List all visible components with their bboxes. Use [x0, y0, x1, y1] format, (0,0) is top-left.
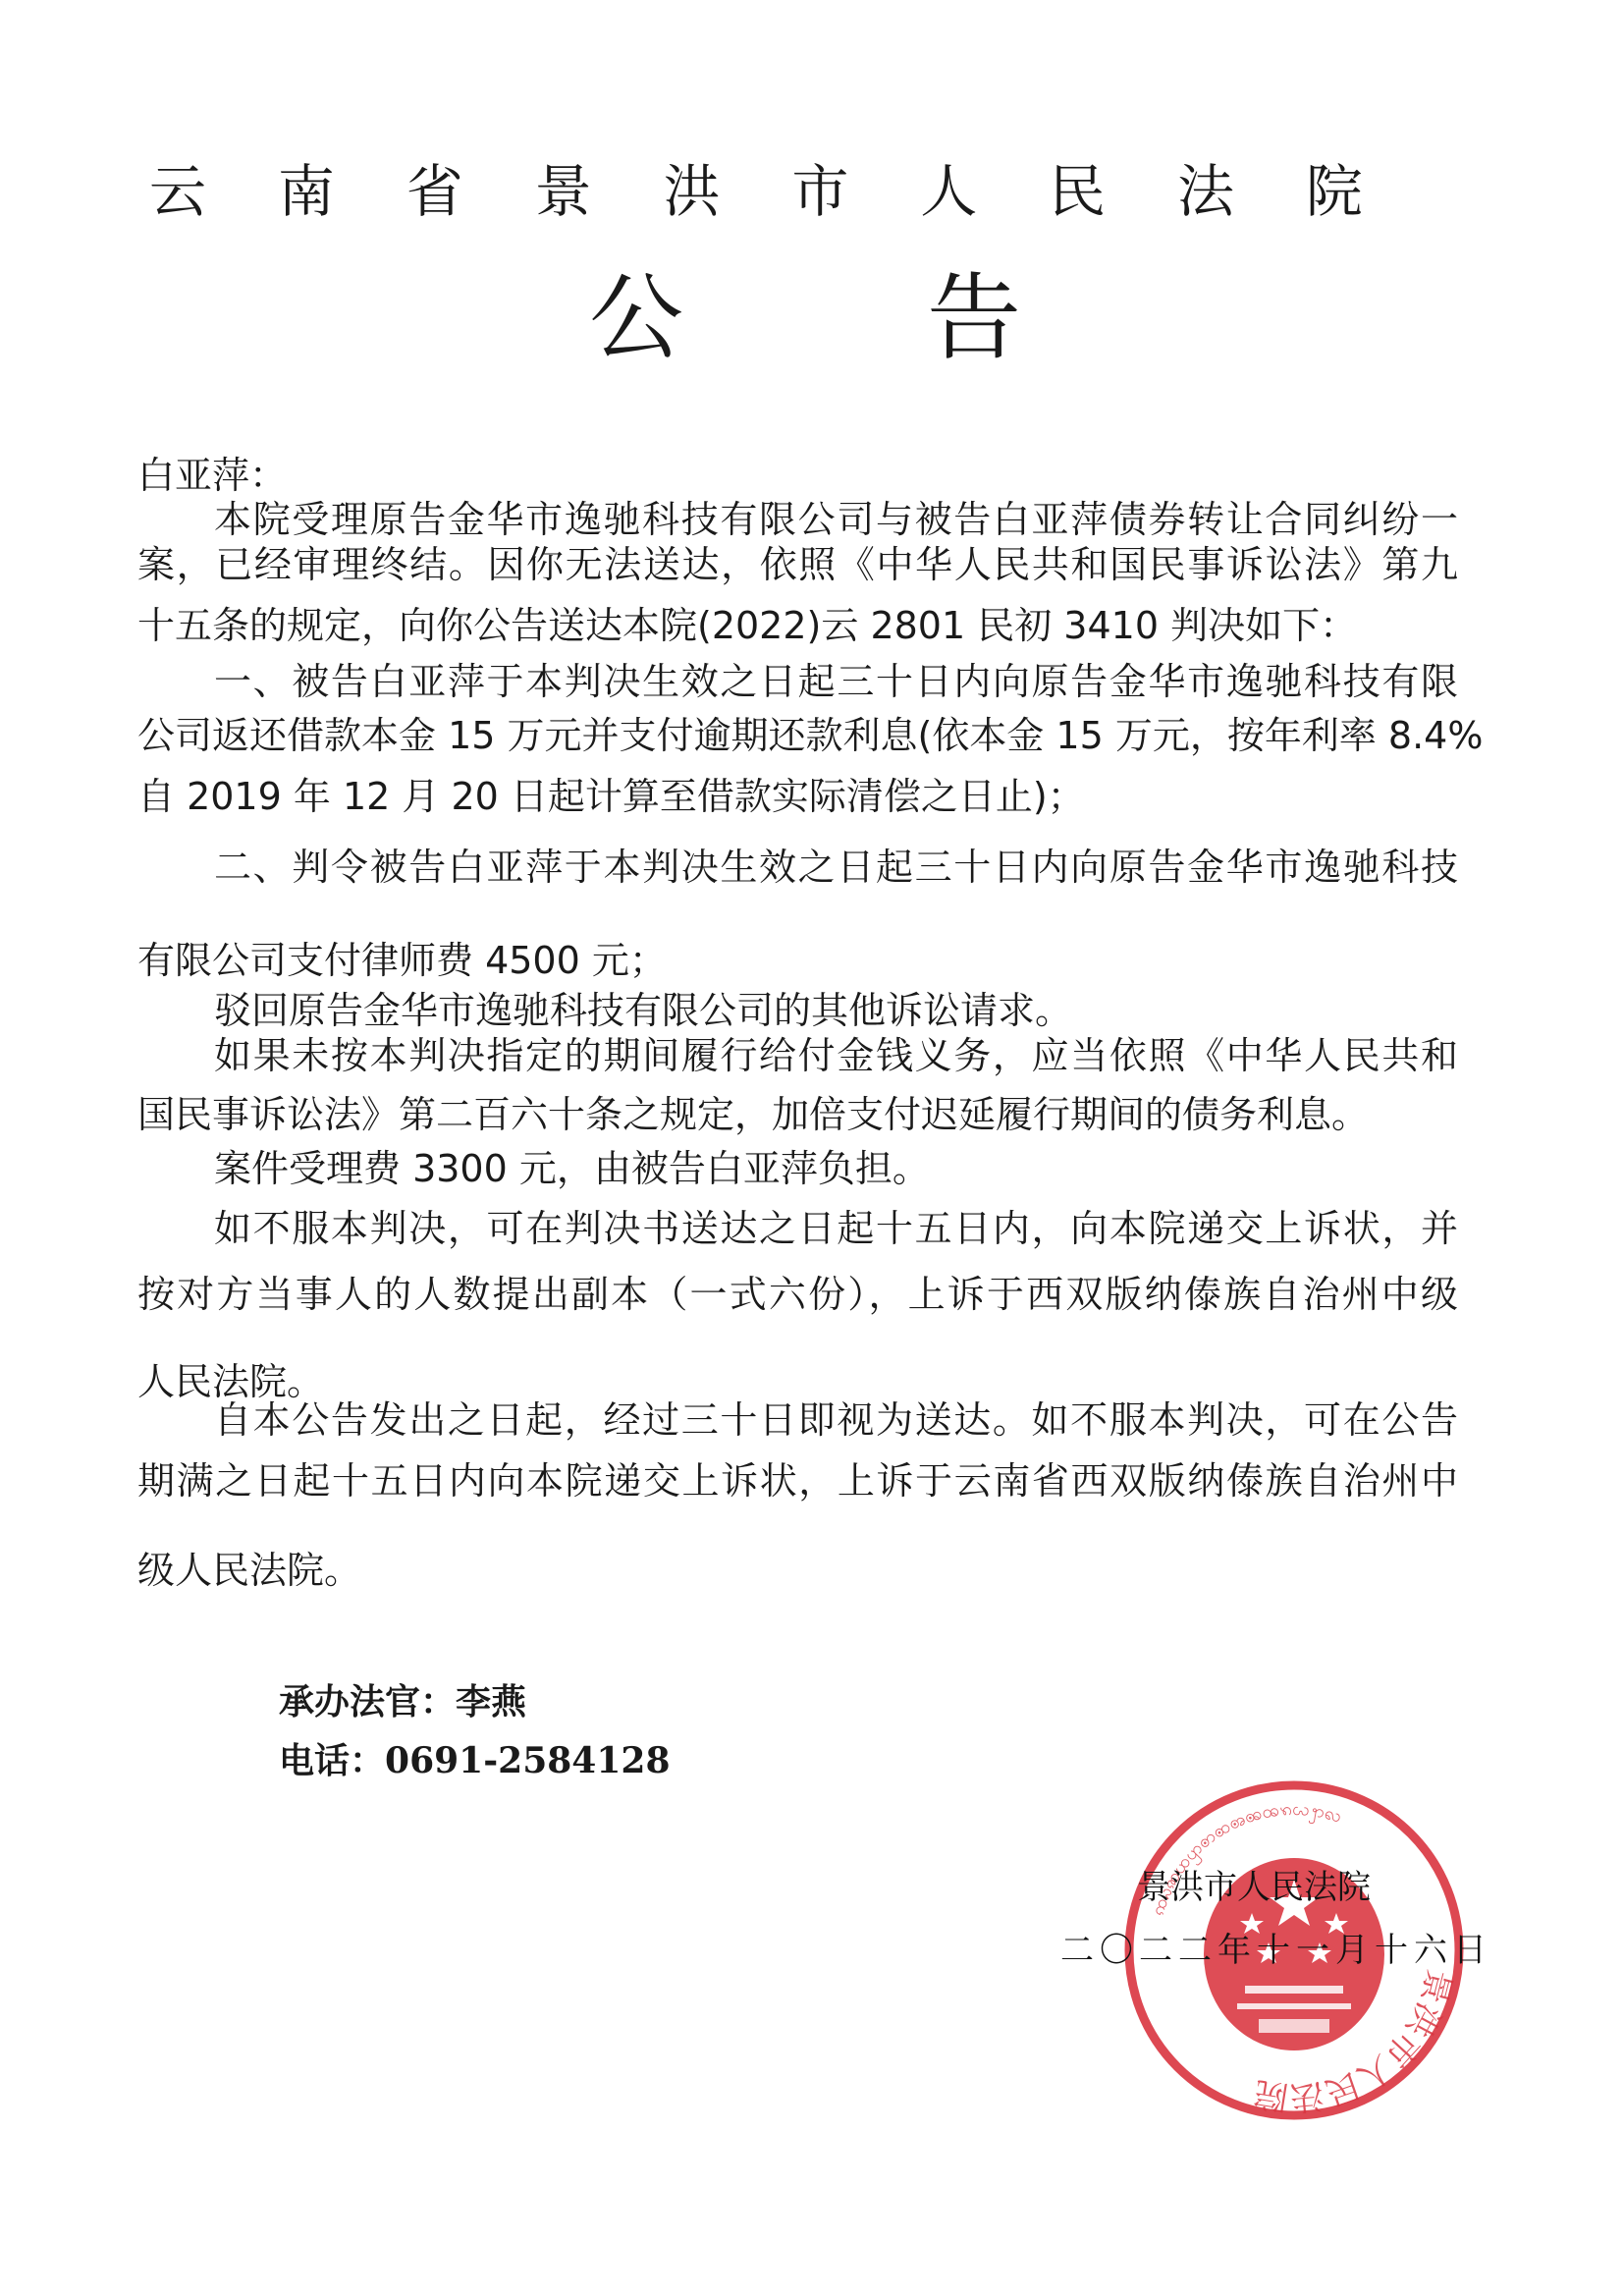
- body-line: 十五条的规定，向你公告送达本院(2022)云 2801 民初 3410 判决如下…: [137, 604, 1458, 647]
- court-name-char: 市: [789, 145, 850, 228]
- body-line: 级人民法院。: [137, 1549, 1458, 1592]
- service-line: 自本公告发出之日起，经过三十日即视为送达。如不服本判决，可在公告: [214, 1398, 1458, 1442]
- court-name-char: 人: [918, 145, 979, 228]
- phone-number: 0691-2584128: [385, 1740, 670, 1781]
- phone-label: 电话：: [279, 1740, 385, 1781]
- body-line: 自 2019 年 12 月 20 日起计算至借款实际清偿之日止)；: [137, 775, 1458, 818]
- doc-title-char: 公: [589, 244, 683, 378]
- court-name-char: 云: [147, 145, 208, 228]
- body-line: 国民事诉讼法》第二百六十条之规定，加倍支付迟延履行期间的债务利息。: [137, 1093, 1458, 1136]
- issue-date: 二〇二二年十一月十六日: [1060, 1923, 1492, 1971]
- judge-name: 李燕: [456, 1681, 526, 1722]
- addressee: 白亚萍：: [137, 454, 1458, 497]
- body-line: 如果未按本判决指定的期间履行给付金钱义务，应当依照《中华人民共和: [214, 1034, 1458, 1077]
- document-title: 公 告: [589, 244, 1021, 378]
- judgment-item-2: 二、判令被告白亚萍于本判决生效之日起三十日内向原告金华市逸驰科技: [214, 846, 1458, 889]
- issuer-name: 景洪市人民法院: [1137, 1860, 1371, 1908]
- body-line: 有限公司支付律师费 4500 元；: [137, 939, 1458, 982]
- court-name-char: 院: [1304, 145, 1365, 228]
- doc-title-char: 告: [927, 244, 1021, 378]
- court-name-heading: 云 南 省 景 洪 市 人 民 法 院: [147, 145, 1365, 228]
- court-name-char: 景: [533, 145, 594, 228]
- dismissal-line: 驳回原告金华市逸驰科技有限公司的其他诉讼请求。: [214, 989, 1458, 1032]
- judge-info: 承办法官：李燕: [279, 1674, 526, 1724]
- body-line: 案，已经审理终结。因你无法送达，依照《中华人民共和国民事诉讼法》第九: [137, 543, 1458, 586]
- body-line: 本院受理原告金华市逸驰科技有限公司与被告白亚萍债券转让合同纠纷一: [214, 498, 1458, 541]
- body-line: 公司返还借款本金 15 万元并支付逾期还款利息(依本金 15 万元，按年利率 8…: [137, 714, 1458, 757]
- court-name-char: 南: [276, 145, 337, 228]
- judge-label: 承办法官：: [279, 1681, 456, 1722]
- court-name-char: 洪: [662, 145, 723, 228]
- body-line: 按对方当事人的人数提出副本（一式六份），上诉于西双版纳傣族自治州中级: [137, 1273, 1458, 1316]
- phone-info: 电话：0691-2584128: [279, 1733, 671, 1783]
- judgment-item-1: 一、被告白亚萍于本判决生效之日起三十日内向原告金华市逸驰科技有限: [214, 660, 1458, 703]
- court-name-char: 民: [1047, 145, 1108, 228]
- body-line: 人民法院。: [137, 1360, 1458, 1403]
- case-fee-line: 案件受理费 3300 元，由被告白亚萍负担。: [214, 1147, 1458, 1190]
- body-line: 期满之日起十五日内向本院递交上诉状，上诉于云南省西双版纳傣族自治州中: [137, 1459, 1458, 1503]
- court-name-char: 法: [1175, 145, 1236, 228]
- court-name-char: 省: [405, 145, 465, 228]
- appeal-line: 如不服本判决，可在判决书送达之日起十五日内，向本院递交上诉状，并: [214, 1207, 1458, 1250]
